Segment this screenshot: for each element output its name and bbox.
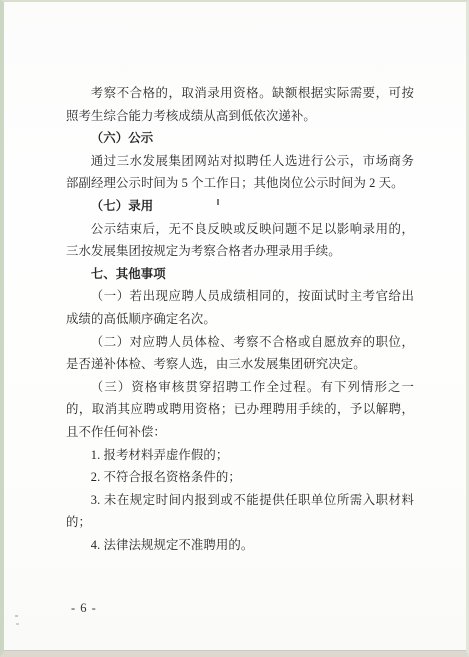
scan-speck [16, 623, 19, 625]
paragraph: 3. 未在规定时间内报到或不能提供任职单位所需入职材料的； [66, 489, 414, 534]
paragraph: （二）对应聘人员体检、考察不合格或自愿放弃的职位，是否递补体检、考察人选，由三水… [66, 331, 414, 376]
paragraph: 公示结束后，无不良反映或反映问题不足以影响录用的，三水发展集团按规定为考察合格者… [66, 218, 414, 263]
page-number: - 6 - [71, 601, 97, 616]
section-heading: 七、其他事项 [66, 263, 414, 286]
document-page: 考察不合格的，取消录用资格。缺额根据实际需要，可按照考生综合能力考核成绩从高到低… [0, 0, 469, 657]
paragraph: 考察不合格的，取消录用资格。缺额根据实际需要，可按照考生综合能力考核成绩从高到低… [66, 82, 414, 127]
paragraph: 2. 不符合报名资格条件的； [66, 466, 414, 489]
paragraph: （三）资格审核贯穿招聘工作全过程。有下列情形之一的，取消其应聘或聘用资格；已办理… [66, 376, 414, 444]
paragraph: （一）若出现应聘人员成绩相同的，按面试时主考官给出成绩的高低顺序确定名次。 [66, 285, 414, 330]
scan-artifact-mark [217, 199, 219, 205]
paragraph: 1. 报考材料弄虚作假的； [66, 444, 414, 467]
paragraph: 4. 法律法规规定不准聘用的。 [66, 534, 414, 557]
document-body: 考察不合格的，取消录用资格。缺额根据实际需要，可按照考生综合能力考核成绩从高到低… [66, 82, 414, 556]
section-heading: （七）录用 [66, 195, 414, 218]
paragraph: 通过三水发展集团网站对拟聘任人选进行公示，市场商务部副经理公示时间为 5 个工作… [66, 150, 414, 195]
scan-speck [15, 615, 18, 617]
section-heading: （六）公示 [66, 127, 414, 150]
